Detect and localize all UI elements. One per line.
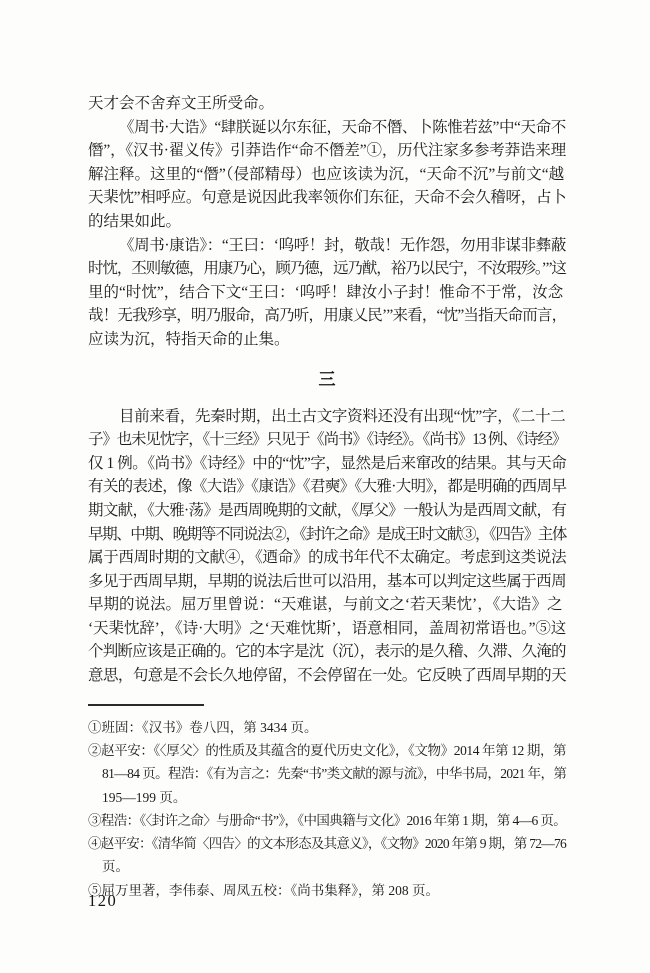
paragraph-block-top: 天才会不舍弃文王所受命。《周书·大诰》“肆朕诞以尔东征，天命不僭、卜陈惟若兹”中… (88, 92, 566, 352)
footnote-line: 195—199 页。 (88, 786, 566, 809)
footnote-line: ③程浩：《〈封许之命〉与册命“书”》，《中国典籍与文化》2016 年第 1 期，… (88, 809, 566, 832)
body-text-line: 目前来看，先秦时期，出土古文字资料还没有出现“忱”字，《二十二 (88, 405, 566, 429)
footnote-line: ②赵平安：《〈厚父〉的性质及其蕴含的夏代历史文化》，《文物》2014 年第 12… (88, 739, 566, 762)
body-text-line: 《周书·康诰》：“王曰：‘呜呼！封，敬哉！无作怨，勿用非谋非彝蔽 (88, 234, 566, 258)
footnote-line: ④赵平安：《清华简〈四告〉的文本形态及其意义》，《文物》2020 年第 9 期，… (88, 832, 566, 855)
body-text-line: 天棐忱”相呼应。句意是说因此我率领你们东征，天命不会久稽呀，占卜 (88, 186, 566, 210)
body-text-line: 天才会不舍弃文王所受命。 (88, 92, 566, 116)
main-text-column: 天才会不舍弃文王所受命。《周书·大诰》“肆朕诞以尔东征，天命不僭、卜陈惟若兹”中… (88, 92, 566, 902)
body-text-line: 时忱，丕则敏德，用康乃心，顾乃德，远乃猷，裕乃以民宁，不汝瑕殄。’”这 (88, 257, 566, 281)
body-text-line: 的结果如此。 (88, 210, 566, 234)
body-text-line: 哉！无我殄享，明乃服命，高乃听，用康乂民’”来看，“忱”当指天命而言， (88, 304, 566, 328)
footnote-line: 81—84 页。程浩：《有为言之：先秦“书”类文献的源与流》，中华书局，2021… (88, 762, 566, 785)
body-text-line: 里的“时忱”，结合下文“王曰：‘呜呼！肆汝小子封！惟命不于常，汝念 (88, 281, 566, 305)
body-text-line: 个判断应该是正确的。它的本字是沈（沉），表示的是久稽、久滞、久淹的 (88, 640, 566, 664)
body-text-line: 意思，句意是不会长久地停留，不会停留在一处。它反映了西周早期的天 (88, 664, 566, 688)
book-page: 天才会不舍弃文王所受命。《周书·大诰》“肆朕诞以尔东征，天命不僭、卜陈惟若兹”中… (0, 0, 650, 973)
body-text-line: 早期的说法。屈万里曾说：“天难谌，与前文之‘若天棐忱’，《大诰》之 (88, 593, 566, 617)
body-text-line: 有关的表述，像《大诰》《康诰》《君奭》《大雅·大明》，都是明确的西周早 (88, 475, 566, 499)
body-text-line: 子》也未见忱字，《十三经》只见于《尚书》《诗经》。《尚书》13 例、《诗经》 (88, 428, 566, 452)
body-text-line: 《周书·大诰》“肆朕诞以尔东征，天命不僭、卜陈惟若兹”中“天命不 (88, 116, 566, 140)
footnote-line: 页。 (88, 855, 566, 878)
section-heading: 三 (88, 368, 566, 392)
body-text-line: 解注释。这里的“僭”（侵部精母）也应该读为沉，“天命不沉”与前文“越 (88, 163, 566, 187)
body-text-line: 多见于西周早期，早期的说法后世可以沿用，基本可以判定这些属于西周 (88, 570, 566, 594)
footnote-divider-line (88, 704, 204, 706)
body-text-line: 仅 1 例。《尚书》《诗经》中的“忱”字，显然是后来窜改的结果。其与天命 (88, 452, 566, 476)
body-text-line: ‘天棐忱辞’，《诗·大明》之‘天难忱斯’，语意相同，盖周初常语也。”⑤这 (88, 617, 566, 641)
body-text-line: 早期、中期、晚期等不同说法②，《封许之命》是成王时文献③，《四告》主体 (88, 523, 566, 547)
body-text-line: 属于西周时期的文献④，《迺命》的成书年代不太确定。考虑到这类说法 (88, 546, 566, 570)
paragraph-block-section-three: 目前来看，先秦时期，出土古文字资料还没有出现“忱”字，《二十二子》也未见忱字，《… (88, 405, 566, 688)
footnote-line: ①班固：《汉书》卷八四，第 3434 页。 (88, 716, 566, 739)
body-text-line: 期文献，《大雅·荡》是西周晚期的文献，《厚父》一般认为是西周文献，有 (88, 499, 566, 523)
footnotes-block: ①班固：《汉书》卷八四，第 3434 页。②赵平安：《〈厚父〉的性质及其蕴含的夏… (88, 716, 566, 902)
footnote-line: ⑤屈万里著，李伟泰、周凤五校：《尚书集释》，第 208 页。 (88, 879, 566, 902)
body-text-line: 应读为沉，特指天命的止集。 (88, 328, 566, 352)
body-text-line: 僭”，《汉书·翟义传》引莽诰作“命不僭差”①，历代注家多参考莽诰来理 (88, 139, 566, 163)
page-number: 120 (88, 891, 117, 911)
